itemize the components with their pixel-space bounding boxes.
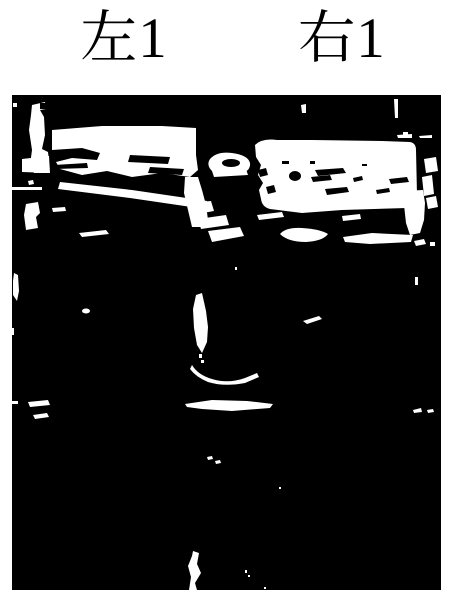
binarized-image — [12, 95, 441, 590]
label-left-1: 左1 — [66, 8, 182, 78]
figure-page: 左1 右1 — [0, 0, 454, 603]
label-right-1: 右1 — [284, 8, 400, 78]
